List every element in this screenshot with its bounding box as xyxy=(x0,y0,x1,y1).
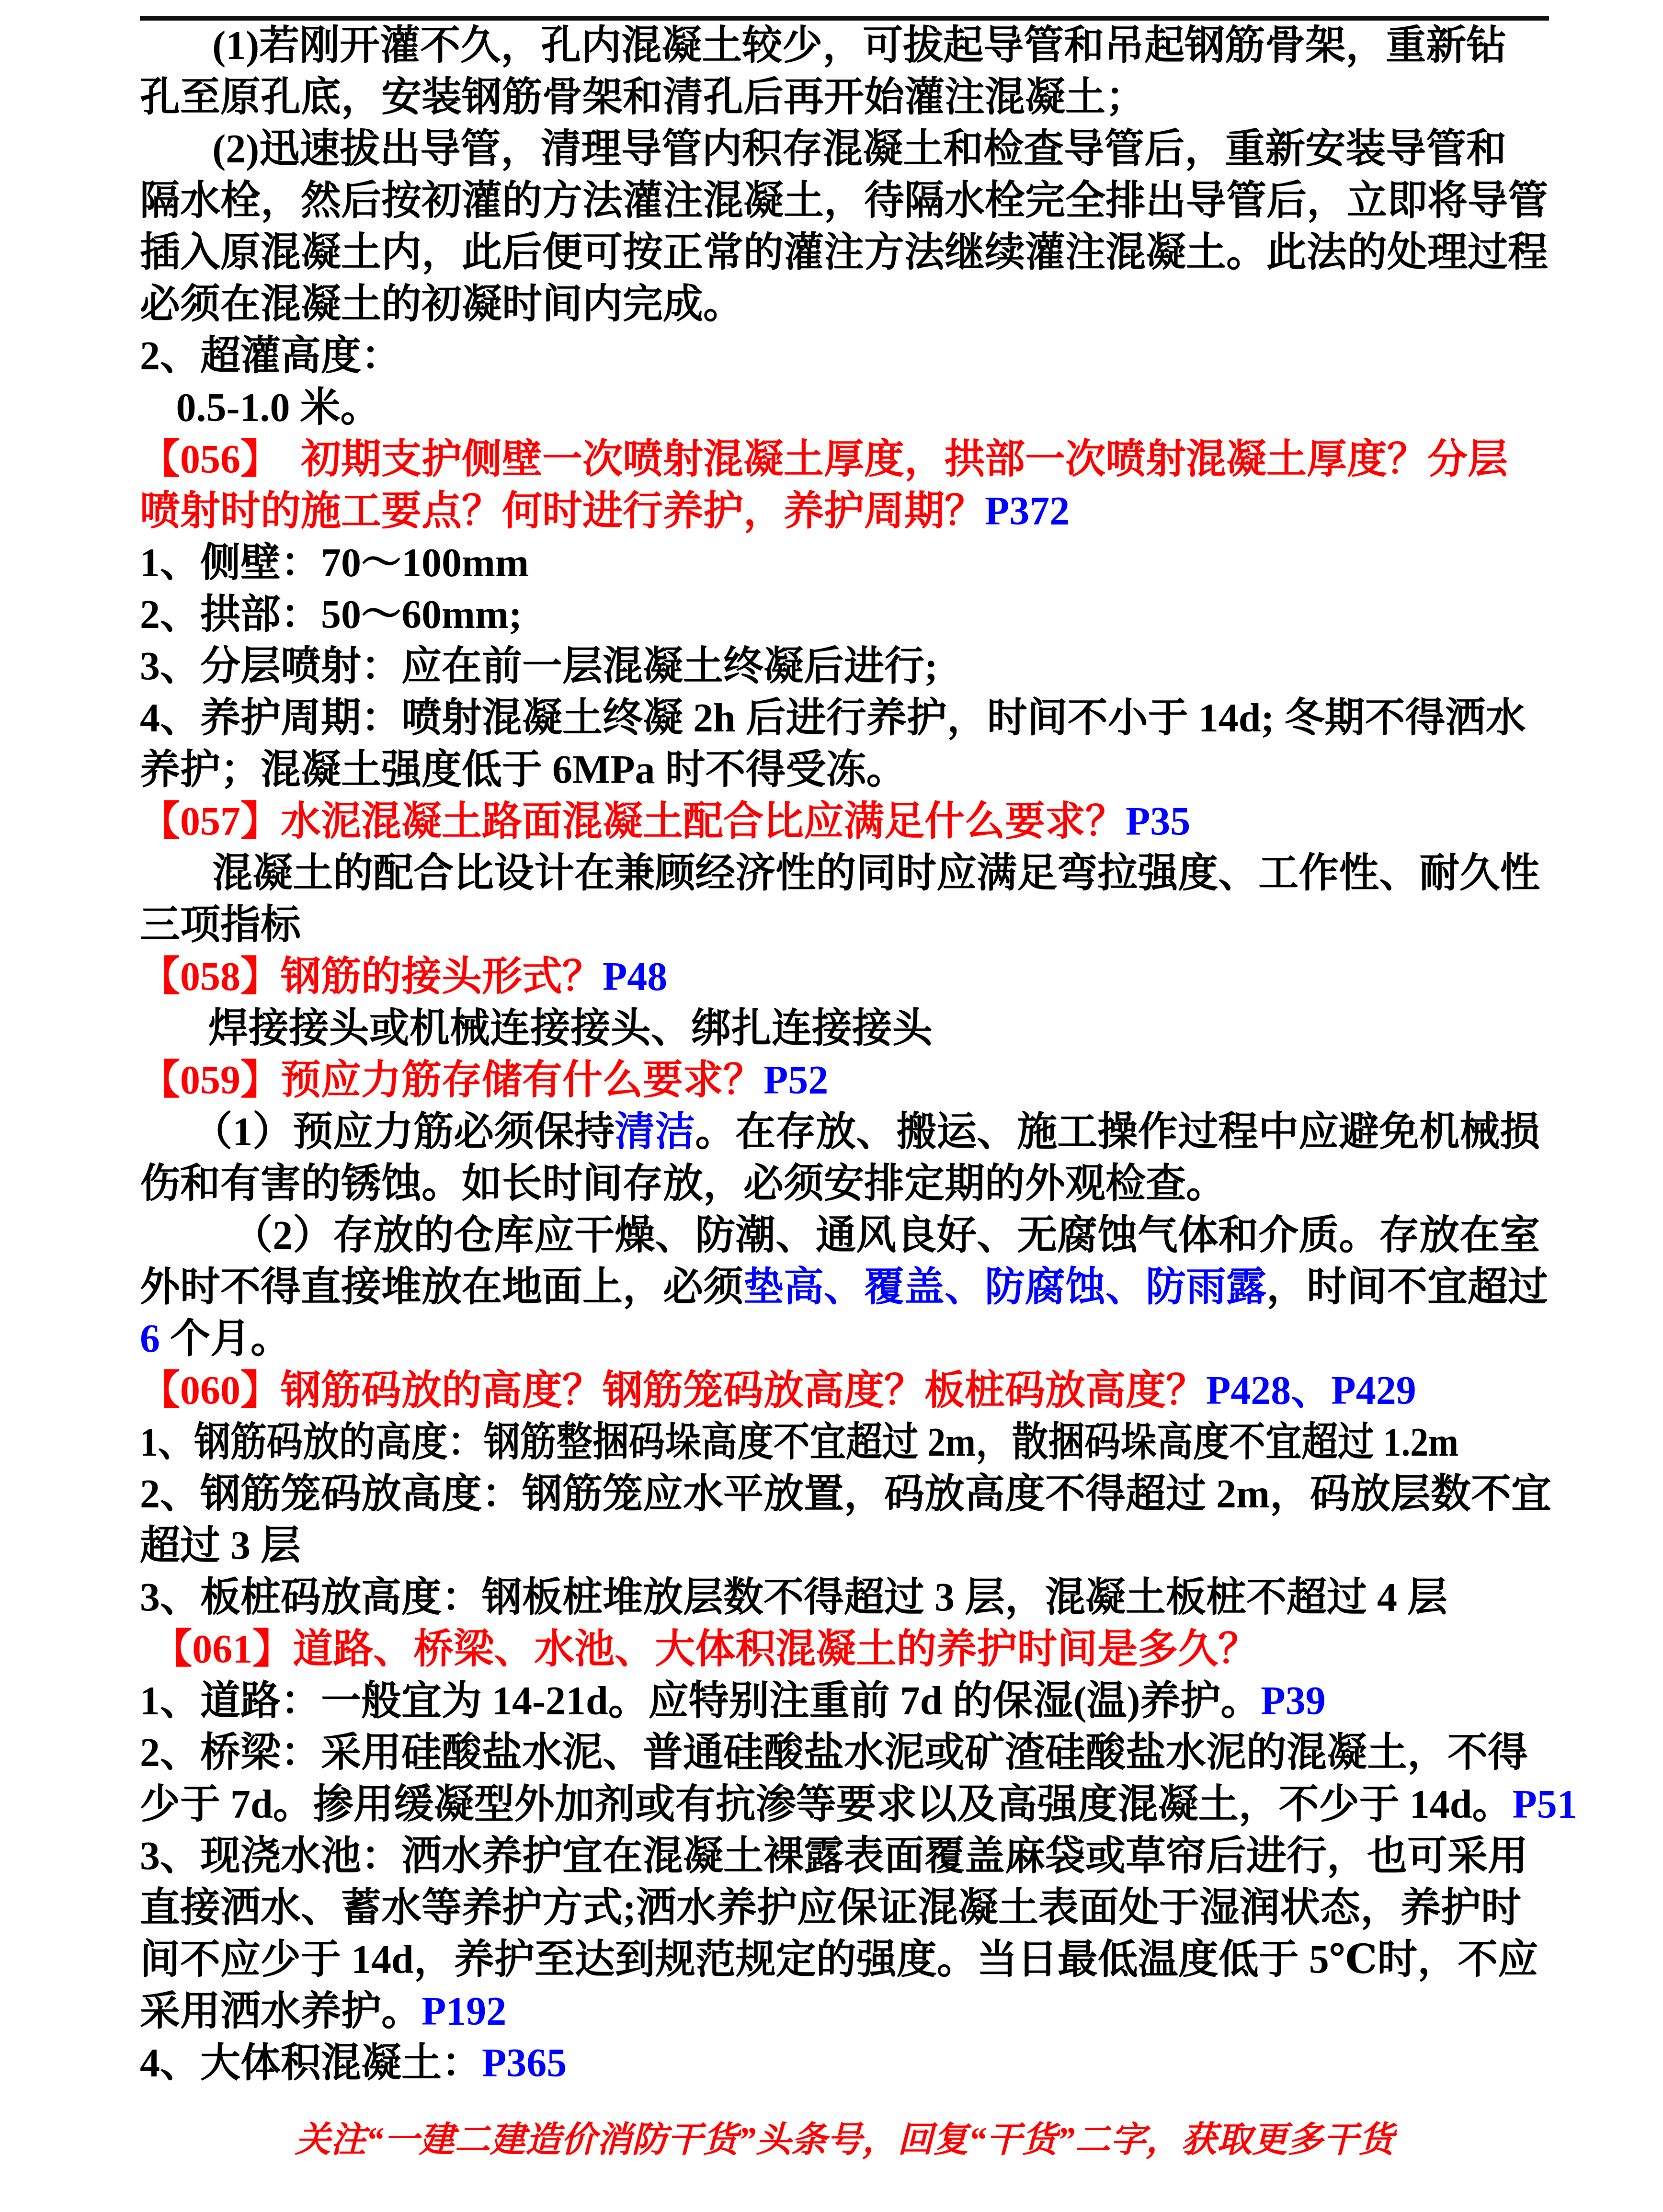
page-reference: P192 xyxy=(421,1989,506,2034)
text-segment: （1）预应力筋必须保持 xyxy=(192,1110,615,1154)
text-line: 3、分层喷射：应在前一层混凝土终凝后进行; xyxy=(140,641,1549,693)
text-line: 直接洒水、蓄水等养护方式;洒水养护应保证混凝土表面处于湿润状态，养护时 xyxy=(140,1882,1549,1934)
text-line: 插入原混凝土内，此后便可按正常的灌注方法继续灌注混凝土。此法的处理过程 xyxy=(140,227,1549,279)
text-segment: (1)若刚开灌不久，孔内混凝土较少，可拔起导管和吊起钢筋骨架，重新钻 xyxy=(212,23,1506,68)
text-line: （2）存放的仓库应干燥、防潮、通风良好、无腐蚀气体和介质。存放在室 xyxy=(140,1210,1549,1262)
page-reference: P48 xyxy=(603,955,667,999)
text-line: 3、板桩码放高度：钢板桩堆放层数不得超过 3 层，混凝土板桩不超过 4 层 xyxy=(140,1572,1549,1624)
text-line: 三项指标 xyxy=(140,900,1549,951)
text-segment: (2)迅速拔出导管，清理导管内积存混凝土和检查导管后，重新安装导管和 xyxy=(212,127,1506,171)
text-segment: 焊接接头或机械连接接头、绑扎连接接头 xyxy=(208,1006,933,1051)
text-segment: 混凝土的配合比设计在兼顾经济性的同时应满足弯拉强度、工作性、耐久性 xyxy=(212,851,1540,896)
page-reference: P52 xyxy=(763,1058,828,1103)
text-segment: 外时不得直接堆放在地面上，必须 xyxy=(140,1265,743,1310)
text-line: 1、钢筋码放的高度：钢筋整捆码垛高度不宜超过 2m，散捆码垛高度不宜超过 1.2… xyxy=(140,1417,1549,1469)
text-segment: 关注“一建二建造价消防干货”头条号，回复“干货”二字，获取更多干货 xyxy=(295,2121,1394,2160)
page-reference: 6 xyxy=(140,1317,160,1361)
text-line: 0.5-1.0 米。 xyxy=(140,382,1549,434)
text-line: （1）预应力筋必须保持清洁。在存放、搬运、施工操作过程中应避免机械损 xyxy=(140,1106,1549,1158)
text-segment: （2）存放的仓库应干燥、防潮、通风良好、无腐蚀气体和介质。存放在室 xyxy=(232,1213,1540,1258)
text-line: 4、养护周期：喷射混凝土终凝 2h 后进行养护，时间不小于 14d; 冬期不得洒… xyxy=(140,693,1549,744)
page-reference: 清洁 xyxy=(615,1110,695,1154)
text-line: 2、钢筋笼码放高度：钢筋笼应水平放置，码放高度不得超过 2m，码放层数不宜 xyxy=(140,1469,1549,1520)
text-line: 3、现浇水池：洒水养护宜在混凝土裸露表面覆盖麻袋或草帘后进行，也可采用 xyxy=(140,1831,1549,1882)
text-segment: 少于 7d。掺用缓凝型外加剂或有抗渗等要求以及高强度混凝土，不少于 14d。 xyxy=(140,1782,1512,1827)
text-line: 间不应少于 14d，养护至达到规范规定的强度。当日最低温度低于 5℃时，不应 xyxy=(140,1934,1549,1986)
text-segment: 采用洒水养护。 xyxy=(140,1989,421,2034)
text-segment: 3、现浇水池：洒水养护宜在混凝土裸露表面覆盖麻袋或草帘后进行，也可采用 xyxy=(140,1834,1528,1879)
text-segment: 必须在混凝土的初凝时间内完成。 xyxy=(140,282,743,327)
text-line: 隔水栓，然后按初灌的方法灌注混凝土，待隔水栓完全排出导管后，立即将导管 xyxy=(140,175,1549,227)
page-reference: 垫高、覆盖、防腐蚀、防雨露 xyxy=(743,1265,1266,1310)
text-segment: 个月。 xyxy=(160,1317,291,1361)
text-line: 【059】预应力筋存储有什么要求？P52 xyxy=(140,1055,1549,1106)
text-line: 少于 7d。掺用缓凝型外加剂或有抗渗等要求以及高强度混凝土，不少于 14d。P5… xyxy=(140,1779,1549,1831)
text-segment: 2、桥梁：采用硅酸盐水泥、普通硅酸盐水泥或矿渣硅酸盐水泥的混凝土，不得 xyxy=(140,1731,1528,1775)
text-line: 【056】 初期支护侧壁一次喷射混凝土厚度，拱部一次喷射混凝土厚度？分层 xyxy=(140,434,1549,486)
text-segment: 【061】道路、桥梁、水池、大体积混凝土的养护时间是多久？ xyxy=(152,1627,1258,1672)
text-line: 2、拱部：50～60mm; xyxy=(140,589,1549,641)
page-reference: P428、P429 xyxy=(1206,1368,1416,1413)
page-reference: P372 xyxy=(985,489,1070,534)
text-segment: ，时间不宜超过 xyxy=(1266,1265,1548,1310)
text-segment: 2、拱部：50～60mm; xyxy=(140,593,522,637)
text-segment: 喷射时的施工要点？何时进行养护，养护周期？ xyxy=(140,489,985,534)
text-segment: 【057】水泥混凝土路面混凝土配合比应满足什么要求？ xyxy=(140,799,1126,844)
text-segment: 2、钢筋笼码放高度：钢筋笼应水平放置，码放高度不得超过 2m，码放层数不宜 xyxy=(140,1472,1551,1516)
text-segment: 养护；混凝土强度低于 6MPa 时不得受冻。 xyxy=(140,748,907,792)
text-segment: 插入原混凝土内，此后便可按正常的灌注方法继续灌注混凝土。此法的处理过程 xyxy=(140,230,1548,275)
text-line: 2、桥梁：采用硅酸盐水泥、普通硅酸盐水泥或矿渣硅酸盐水泥的混凝土，不得 xyxy=(140,1727,1549,1779)
text-segment: 三项指标 xyxy=(140,903,301,947)
text-line: 4、大体积混凝土：P365 xyxy=(140,2038,1549,2089)
text-segment: 【059】预应力筋存储有什么要求？ xyxy=(140,1058,763,1103)
text-line: 【061】道路、桥梁、水池、大体积混凝土的养护时间是多久？ xyxy=(140,1624,1549,1676)
text-segment: 隔水栓，然后按初灌的方法灌注混凝土，待隔水栓完全排出导管后，立即将导管 xyxy=(140,179,1548,223)
text-line: 6 个月。 xyxy=(140,1313,1549,1365)
text-line: 超过 3 层 xyxy=(140,1520,1549,1572)
text-line: 【057】水泥混凝土路面混凝土配合比应满足什么要求？P35 xyxy=(140,796,1549,848)
text-segment: 伤和有害的锈蚀。如长时间存放，必须安排定期的外观检查。 xyxy=(140,1162,1226,1206)
document-page: (1)若刚开灌不久，孔内混凝土较少，可拔起导管和吊起钢筋骨架，重新钻孔至原孔底，… xyxy=(0,0,1663,2212)
text-segment: 孔至原孔底，安装钢筋骨架和清孔后再开始灌注混凝土； xyxy=(140,75,1146,120)
text-line: 养护；混凝土强度低于 6MPa 时不得受冻。 xyxy=(140,744,1549,796)
text-line: 采用洒水养护。P192 xyxy=(140,1986,1549,2038)
text-line: 焊接接头或机械连接接头、绑扎连接接头 xyxy=(140,1003,1549,1055)
text-line: 必须在混凝土的初凝时间内完成。 xyxy=(140,279,1549,331)
text-segment: 4、大体积混凝土： xyxy=(140,2041,482,2086)
text-segment: 2、超灌高度： xyxy=(140,334,401,378)
document-body: (1)若刚开灌不久，孔内混凝土较少，可拔起导管和吊起钢筋骨架，重新钻孔至原孔底，… xyxy=(140,20,1549,2172)
text-line: 伤和有害的锈蚀。如长时间存放，必须安排定期的外观检查。 xyxy=(140,1158,1549,1210)
text-line: 外时不得直接堆放在地面上，必须垫高、覆盖、防腐蚀、防雨露，时间不宜超过 xyxy=(140,1262,1549,1313)
text-segment: 1、钢筋码放的高度：钢筋整捆码垛高度不宜超过 2m，散捆码垛高度不宜超过 1.2… xyxy=(140,1420,1458,1465)
text-segment: 【058】钢筋的接头形式？ xyxy=(140,955,603,999)
text-line: 1、道路：一般宜为 14-21d。应特别注重前 7d 的保湿(温)养护。P39 xyxy=(140,1676,1549,1727)
page-reference: P39 xyxy=(1261,1679,1325,1723)
text-line: 孔至原孔底，安装钢筋骨架和清孔后再开始灌注混凝土； xyxy=(140,72,1549,124)
text-segment: 1、侧壁：70～100mm xyxy=(140,541,529,585)
text-segment: 超过 3 层 xyxy=(140,1524,301,1568)
text-segment: 【056】 初期支护侧壁一次喷射混凝土厚度，拱部一次喷射混凝土厚度？分层 xyxy=(140,437,1508,482)
page-reference: P35 xyxy=(1126,799,1190,844)
text-line: 【060】钢筋码放的高度？钢筋笼码放高度？板桩码放高度？P428、P429 xyxy=(140,1365,1549,1417)
text-line: 混凝土的配合比设计在兼顾经济性的同时应满足弯拉强度、工作性、耐久性 xyxy=(140,848,1549,900)
text-segment: 3、分层喷射：应在前一层混凝土终凝后进行; xyxy=(140,644,938,689)
page-reference: P365 xyxy=(482,2041,567,2086)
text-segment: 1、道路：一般宜为 14-21d。应特别注重前 7d 的保湿(温)养护。 xyxy=(140,1679,1261,1723)
text-segment: 。在存放、搬运、施工操作过程中应避免机械损 xyxy=(695,1110,1540,1154)
page-reference: P51 xyxy=(1512,1782,1577,1827)
text-segment: 间不应少于 14d，养护至达到规范规定的强度。当日最低温度低于 5℃时，不应 xyxy=(140,1938,1538,1982)
text-segment: 直接洒水、蓄水等养护方式;洒水养护应保证混凝土表面处于湿润状态，养护时 xyxy=(140,1886,1521,1930)
text-line: 喷射时的施工要点？何时进行养护，养护周期？P372 xyxy=(140,486,1549,537)
text-segment: 0.5-1.0 米。 xyxy=(176,386,381,430)
text-segment: 【060】钢筋码放的高度？钢筋笼码放高度？板桩码放高度？ xyxy=(140,1368,1206,1413)
text-line: (1)若刚开灌不久，孔内混凝土较少，可拔起导管和吊起钢筋骨架，重新钻 xyxy=(140,20,1549,72)
footer-note: 关注“一建二建造价消防干货”头条号，回复“干货”二字，获取更多干货 xyxy=(140,2114,1549,2172)
text-segment: 4、养护周期：喷射混凝土终凝 2h 后进行养护，时间不小于 14d; 冬期不得洒… xyxy=(140,696,1526,741)
text-segment: 3、板桩码放高度：钢板桩堆放层数不得超过 3 层，混凝土板桩不超过 4 层 xyxy=(140,1575,1447,1620)
text-line: (2)迅速拔出导管，清理导管内积存混凝土和检查导管后，重新安装导管和 xyxy=(140,124,1549,175)
text-line: 2、超灌高度： xyxy=(140,331,1549,382)
text-line: 【058】钢筋的接头形式？P48 xyxy=(140,951,1549,1003)
text-line: 1、侧壁：70～100mm xyxy=(140,537,1549,589)
